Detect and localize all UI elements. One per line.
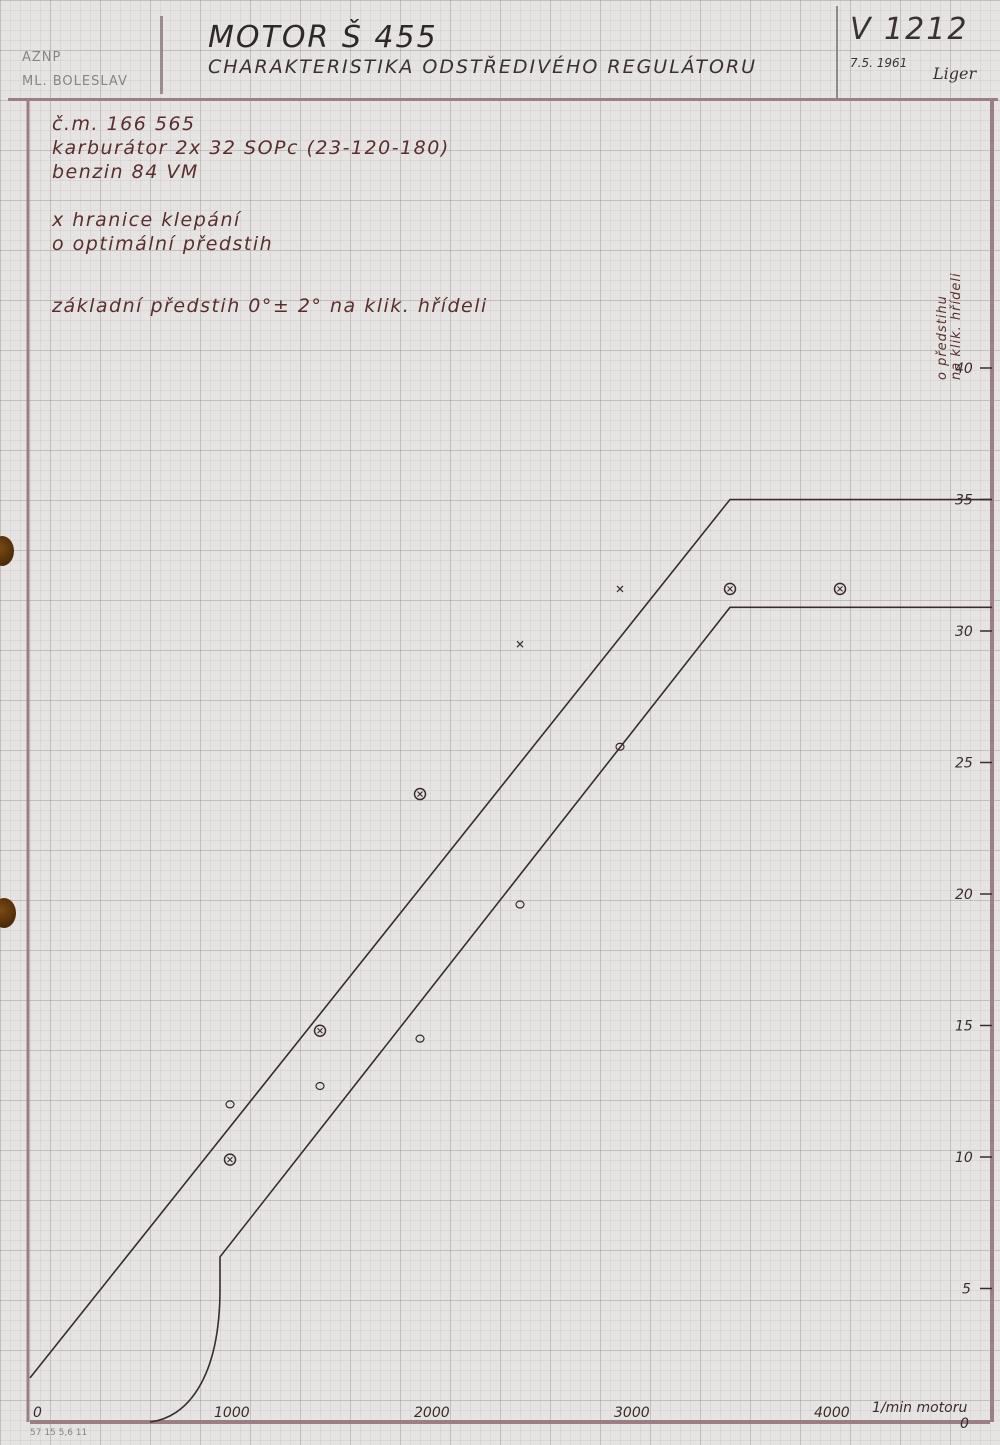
optimal-advance-point (516, 901, 524, 908)
knock-limit-point (517, 641, 523, 647)
x-tick-label: 4000 (814, 1405, 850, 1421)
axes: 01000200030004000510152025303540 (28, 100, 992, 1422)
combined-point (225, 1154, 236, 1165)
optimal-advance-point (416, 1035, 424, 1042)
x-tick-label: 2000 (414, 1405, 450, 1421)
x-tick-label: 1000 (214, 1405, 250, 1421)
upper-limit-line (30, 500, 992, 1378)
optimal-advance-point (316, 1082, 324, 1089)
advance-characteristic-chart: 01000200030004000510152025303540 1/min m… (0, 0, 1000, 1445)
combined-point (725, 583, 736, 594)
y-tick-label: 15 (955, 1019, 973, 1035)
knock-limit-point (617, 586, 623, 592)
y-tick-label: 10 (955, 1150, 973, 1166)
combined-point (415, 789, 426, 800)
y-tick-label: 30 (955, 624, 973, 640)
combined-point (315, 1025, 326, 1036)
y-tick-label: 20 (955, 887, 973, 903)
x-tick-label: 0 (33, 1405, 42, 1421)
lower-limit-line (150, 607, 992, 1422)
y-tick-label: 25 (955, 756, 973, 772)
optimal-advance-point (226, 1101, 234, 1108)
combined-point (835, 583, 846, 594)
x-tick-label: 3000 (614, 1405, 650, 1421)
data-points (225, 583, 846, 1165)
print-code: 57 15 5,6 11 (30, 1428, 87, 1438)
y-tick-label: 35 (955, 493, 973, 509)
y-origin-label: 0 (960, 1416, 969, 1432)
tolerance-lines (30, 500, 992, 1423)
x-axis-unit-label: 1/min motoru (872, 1400, 967, 1416)
y-tick-label: 5 (962, 1282, 971, 1298)
y-tick-label: 40 (955, 361, 973, 377)
